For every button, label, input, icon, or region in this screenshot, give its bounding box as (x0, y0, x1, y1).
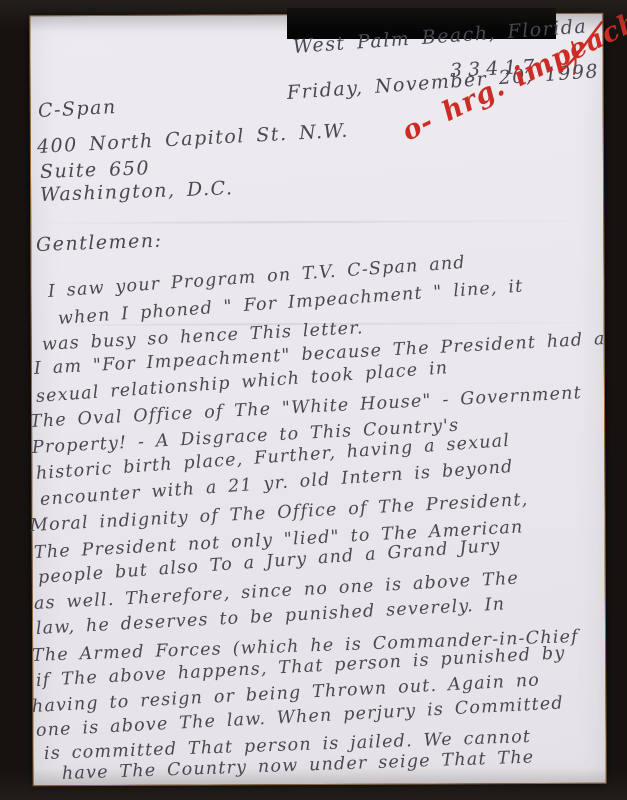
paper-crease (31, 220, 603, 224)
scanned-letter-page: West Palm Beach, Florida 33417 Friday, N… (0, 0, 627, 800)
salutation: Gentlemen: (36, 230, 163, 256)
recipient-suite: Suite 650 (40, 157, 151, 183)
recipient-name: C-Span (37, 96, 117, 122)
